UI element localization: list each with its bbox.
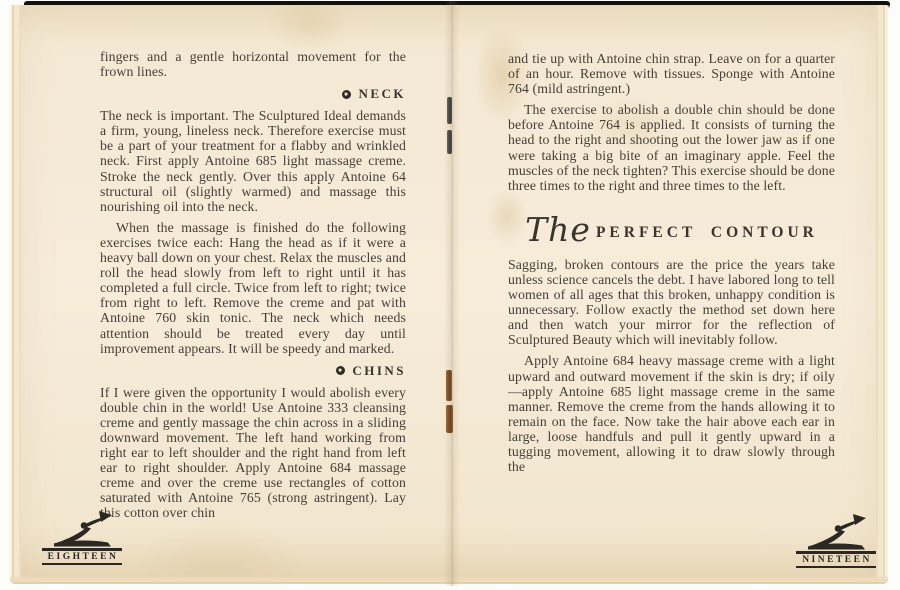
section-heading-neck: NECK — [100, 86, 406, 102]
section-heading-perfect-contour: ThePERFECT CONTOUR — [508, 215, 835, 245]
paragraph-frown-lines: fingers and a gentle horizontal movement… — [100, 49, 406, 79]
heading-label: CHINS — [352, 363, 406, 378]
reclining-figure-icon — [803, 513, 869, 553]
staple-bottom-rusted-icon — [446, 370, 452, 401]
center-fold-crease — [444, 1, 460, 586]
paragraph-neck-1: The neck is important. The Sculptured Id… — [100, 108, 406, 214]
bullet-icon — [342, 90, 351, 99]
left-page-edges — [10, 5, 30, 584]
heading-caps: PERFECT CONTOUR — [596, 224, 818, 241]
reclining-figure-icon — [49, 510, 115, 550]
paragraph-contour-1: Sagging, broken contours are the price t… — [508, 257, 835, 348]
heading-label: NECK — [358, 86, 406, 101]
page-number: NINETEEN — [796, 554, 876, 566]
paragraph-contour-2: Apply Antoine 684 heavy massage creme wi… — [508, 353, 835, 474]
bullet-icon — [336, 366, 345, 375]
staple-bottom-rusted-icon — [446, 405, 453, 433]
staple-top-icon — [447, 97, 452, 124]
paragraph-neck-2: When the massage is finished do the foll… — [100, 220, 406, 356]
left-page-colophon: EIGHTEEN — [42, 510, 122, 565]
left-page-text-column: fingers and a gentle horizontal movement… — [100, 49, 406, 521]
open-booklet: fingers and a gentle horizontal movement… — [8, 1, 890, 586]
right-page-edges — [866, 5, 888, 584]
right-page-text-column: and tie up with Antoine chin strap. Leav… — [508, 51, 835, 474]
paragraph-chins: If I were given the opportunity I would … — [100, 385, 406, 521]
colophon-underline — [42, 563, 122, 565]
paragraph-chin-exercise: The exercise to abolish a double chin sh… — [508, 102, 835, 193]
page-number: EIGHTEEN — [42, 551, 122, 563]
section-heading-chins: CHINS — [100, 363, 406, 379]
staple-top-icon — [447, 130, 452, 154]
heading-script-word: The — [525, 210, 591, 249]
colophon-underline — [796, 566, 876, 568]
right-page-colophon: NINETEEN — [796, 513, 876, 568]
paragraph-chin-strap: and tie up with Antoine chin strap. Leav… — [508, 51, 835, 96]
